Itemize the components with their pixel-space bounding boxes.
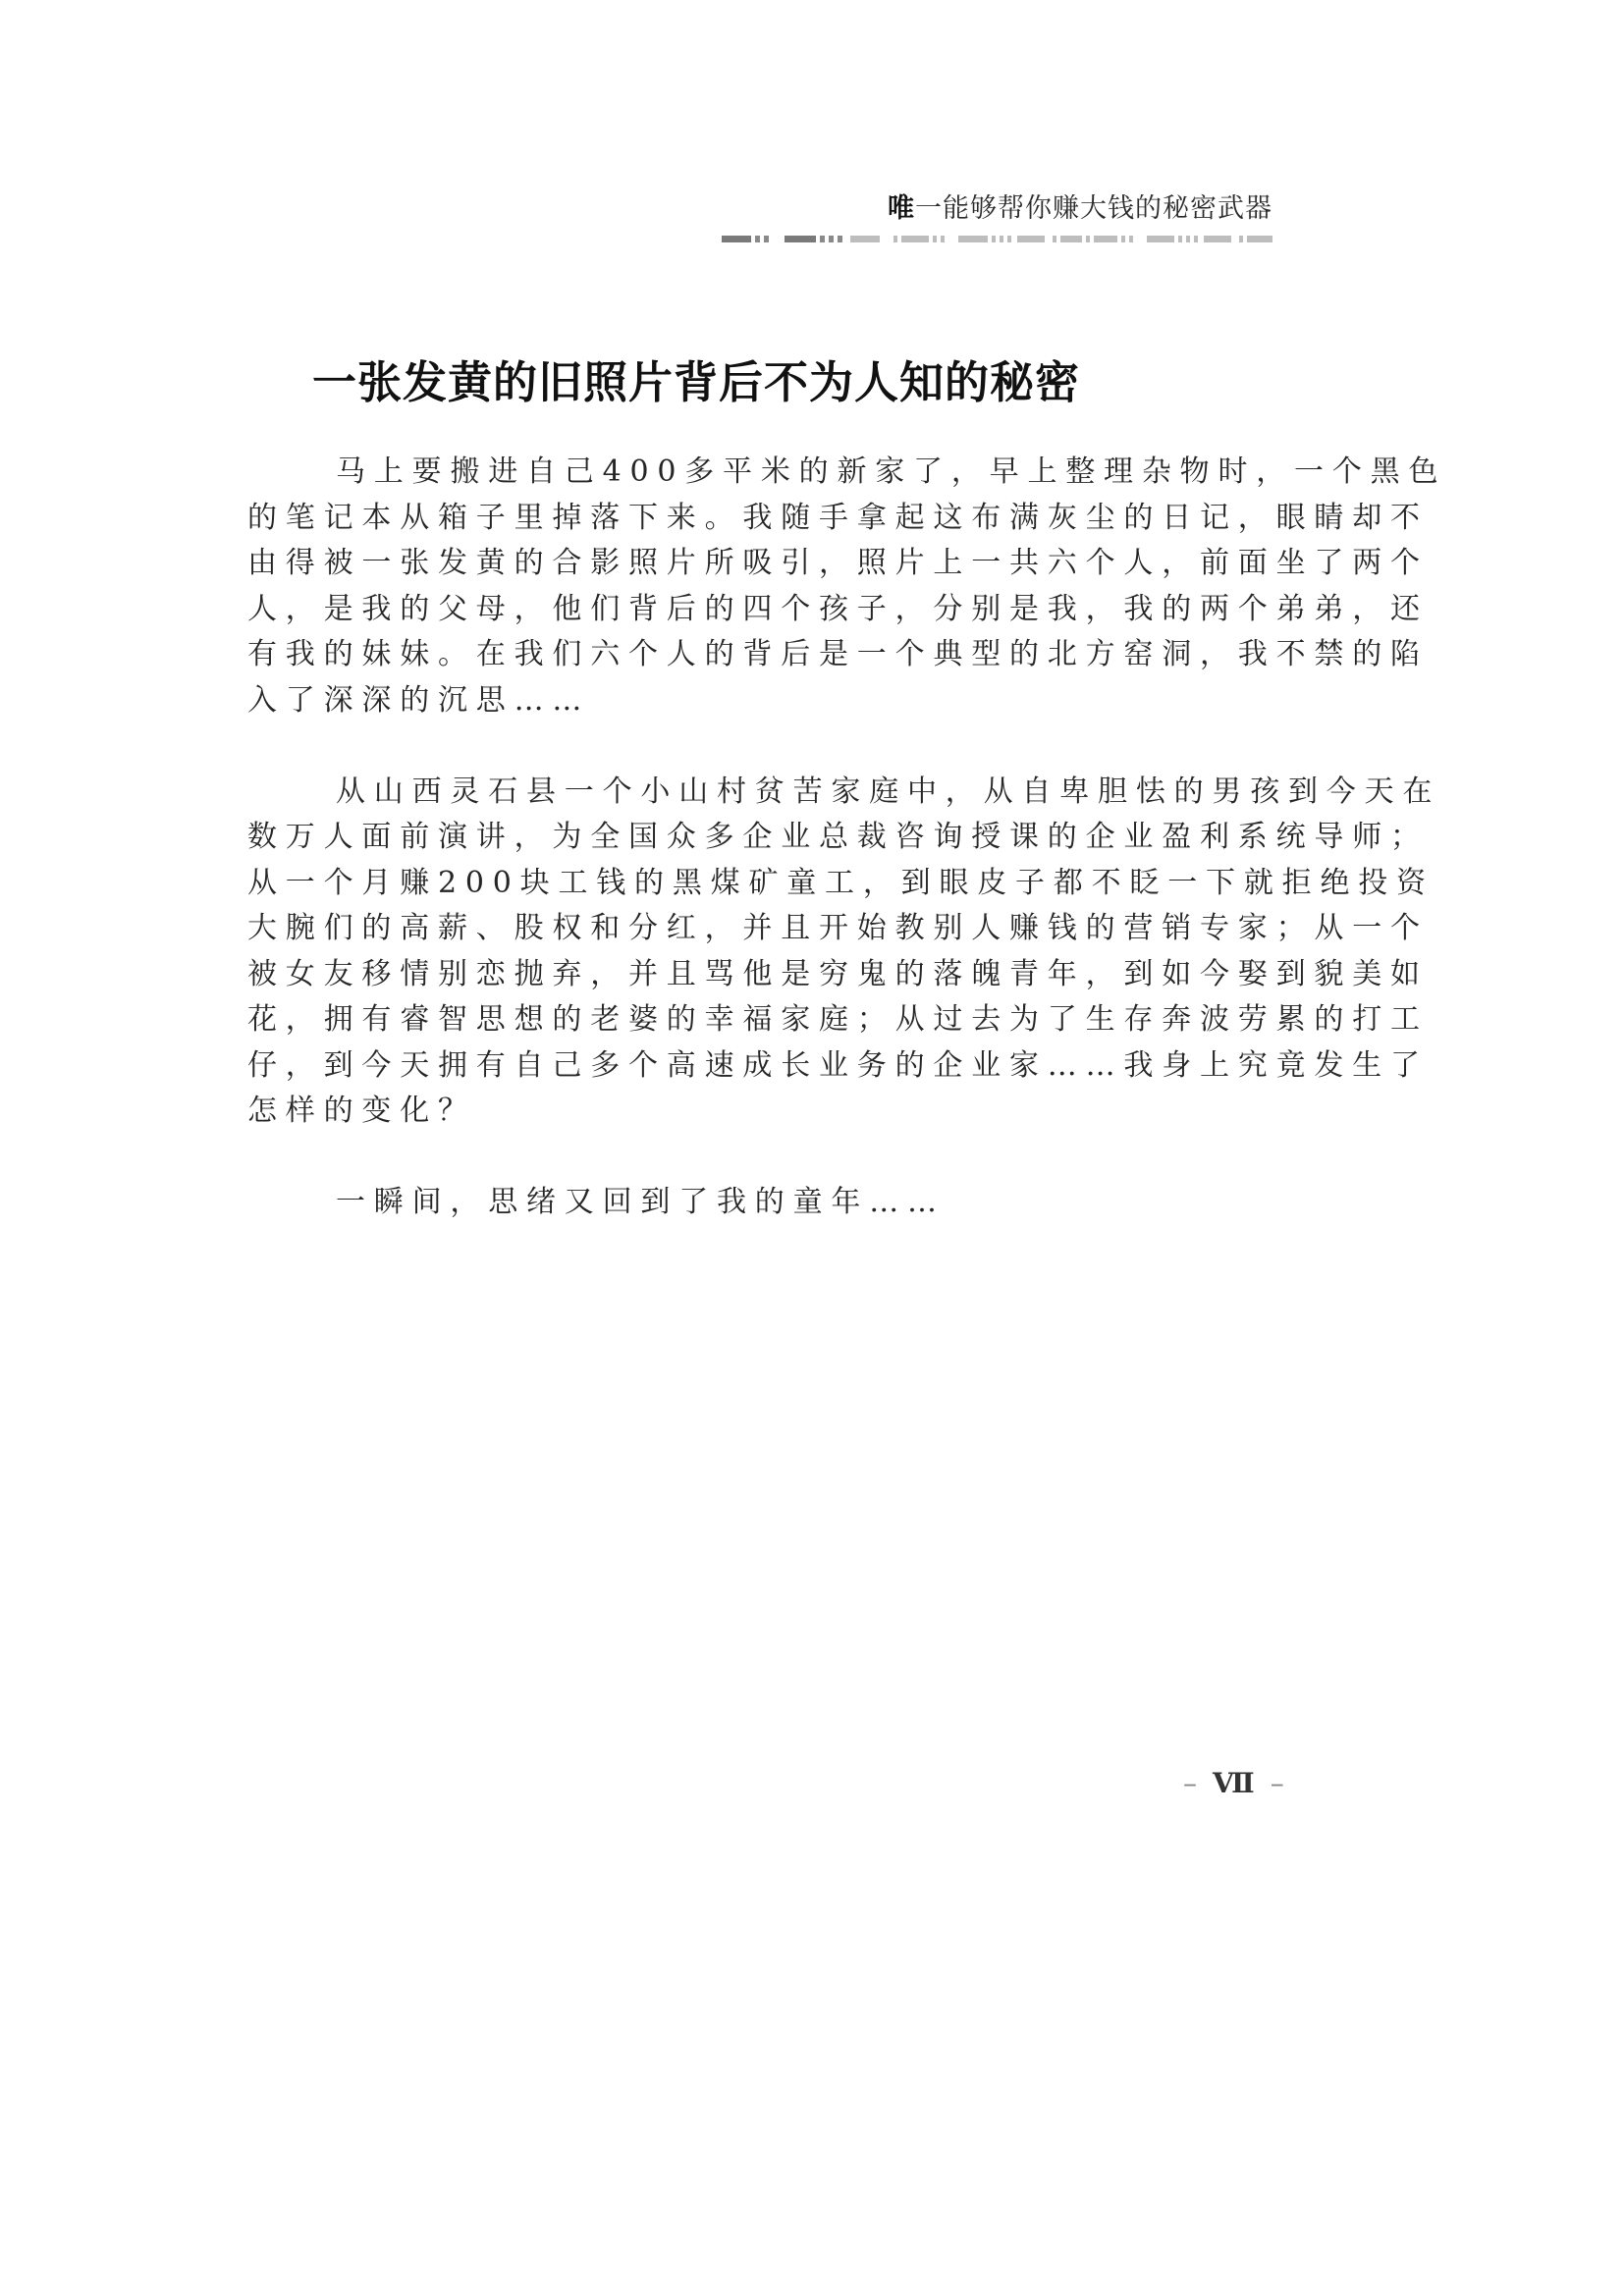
folio-dash-right: – (1271, 1767, 1288, 1799)
text-line: 仔，到今天拥有自己多个高速成长业务的企业家……我身上究竟发生了 (247, 1043, 1269, 1090)
decorative-bar (722, 236, 751, 242)
folio-number: Ⅶ (1213, 1767, 1259, 1799)
decorative-bar (1204, 236, 1231, 242)
paragraph-2: 从山西灵石县一个小山村贫苦家庭中，从自卑胆怯的男孩到今天在 数万人面前演讲，为全… (247, 770, 1269, 1135)
text-line: 一瞬间，思绪又回到了我的童年…… (247, 1180, 1269, 1226)
text-line: 怎样的变化？ (247, 1089, 1269, 1135)
text-line: 大腕们的高薪、股权和分红，并且开始教别人赚钱的营销专家；从一个 (247, 906, 1269, 952)
decorative-bar (1000, 236, 1003, 242)
folio-dash-left: – (1183, 1767, 1201, 1799)
text-line: 由得被一张发黄的合影照片所吸引，照片上一共六个人，前面坐了两个 (247, 541, 1269, 587)
text-line: 的笔记本从箱子里掉落下来。我随手拿起这布满灰尘的日记，眼睛却不 (247, 496, 1269, 542)
body-text: 马上要搬进自己400多平米的新家了，早上整理杂物时，一个黑色 的笔记本从箱子里掉… (247, 450, 1269, 1226)
decorative-bar (1178, 236, 1182, 242)
decorative-bar (1194, 236, 1198, 242)
paragraph-1: 马上要搬进自己400多平米的新家了，早上整理杂物时，一个黑色 的笔记本从箱子里掉… (247, 450, 1269, 723)
text-line: 有我的妹妹。在我们六个人的背后是一个典型的北方窑洞，我不禁的陷 (247, 632, 1269, 678)
running-header-title: 唯一能够帮你赚大钱的秘密武器 (722, 192, 1272, 226)
chapter-title: 一张发黄的旧照片背后不为人知的秘密 (312, 355, 1080, 410)
running-header: 唯一能够帮你赚大钱的秘密武器 (722, 192, 1272, 242)
decorative-bar (941, 236, 945, 242)
text-line: 马上要搬进自己400多平米的新家了，早上整理杂物时，一个黑色 (247, 450, 1269, 496)
page-number: –Ⅶ– (1183, 1767, 1288, 1799)
decorative-bar (958, 236, 988, 242)
decorative-bar (764, 236, 769, 242)
decorative-bar (850, 236, 880, 242)
decorative-bar (838, 236, 842, 242)
decorative-bar (1239, 236, 1243, 242)
decorative-bar (755, 236, 760, 242)
decorative-bar (1094, 236, 1117, 242)
decorative-bar (1060, 236, 1082, 242)
decorative-bar (829, 236, 834, 242)
decorative-bar (820, 236, 825, 242)
header-decorative-bars (722, 235, 1272, 242)
decorative-bar (1186, 236, 1190, 242)
decorative-bar (1017, 236, 1045, 242)
decorative-bar (933, 236, 937, 242)
decorative-bar (1129, 236, 1133, 242)
text-line: 数万人面前演讲，为全国众多企业总裁咨询授课的企业盈利系统导师； (247, 815, 1269, 861)
decorative-bar (785, 236, 816, 242)
decorative-bar (1053, 236, 1056, 242)
decorative-bar (901, 236, 929, 242)
text-line: 入了深深的沉思…… (247, 678, 1269, 724)
running-header-title-rest: 一能够帮你赚大钱的秘密武器 (915, 193, 1272, 224)
text-line: 被女友移情别恋抛弃，并且骂他是穷鬼的落魄青年，到如今娶到貌美如 (247, 952, 1269, 998)
text-line: 人，是我的父母，他们背后的四个孩子，分别是我，我的两个弟弟，还 (247, 587, 1269, 633)
decorative-bar (1007, 236, 1011, 242)
text-line: 从一个月赚200块工钱的黑煤矿童工，到眼皮子都不眨一下就拒绝投资 (247, 861, 1269, 907)
text-line: 从山西灵石县一个小山村贫苦家庭中，从自卑胆怯的男孩到今天在 (247, 770, 1269, 816)
text-line: 花，拥有睿智思想的老婆的幸福家庭；从过去为了生存奔波劳累的打工 (247, 997, 1269, 1043)
decorative-bar (893, 236, 897, 242)
paragraph-3: 一瞬间，思绪又回到了我的童年…… (247, 1180, 1269, 1226)
decorative-bar (1147, 236, 1174, 242)
decorative-bar (1086, 236, 1090, 242)
decorative-bar (992, 236, 996, 242)
decorative-bar (1121, 236, 1125, 242)
running-header-first-char: 唯 (888, 193, 915, 224)
decorative-bar (1247, 236, 1272, 242)
